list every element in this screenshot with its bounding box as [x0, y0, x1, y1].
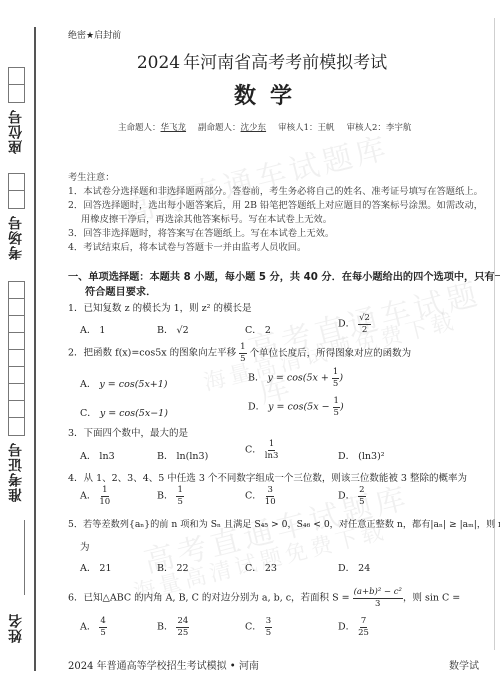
seat-number-label: 座位号: [6, 108, 28, 156]
question-4-stem: 4．从 1、2、3、4、5 中任选 3 个不同数字组成一个三位数，则该三位数能被…: [68, 470, 467, 484]
notice-heading: 考生注意：: [68, 169, 115, 183]
deputy-author-name: 沈少东: [241, 123, 267, 133]
question-6-stem: 6．已知△ABC 的内角 A, B, C 的对边分别为 a, b, c，若面积 …: [68, 588, 460, 608]
question-1-option-d[interactable]: D．√22: [338, 314, 371, 334]
title-year: 2024: [137, 53, 180, 73]
notice-item-1: 1．本试卷分选择题和非选择题两部分。答卷前，考生务必将自己的姓名、准考证号填写在…: [68, 183, 483, 197]
binding-line: [34, 27, 36, 671]
question-3-option-d[interactable]: D． (ln3)²: [338, 448, 385, 462]
reviewer-2: 审核人2：李宇航: [346, 123, 411, 133]
question-5-stem: 5．若等差数列{aₙ}的前 n 项和为 Sₙ 且满足 S₄₅ > 0，S₄₆ <…: [68, 516, 500, 530]
question-2-stem: 2．把函数 f(x)=cos5x 的图象向左平移15个单位长度后，所得图象对应的…: [68, 343, 411, 363]
title-text: 年河南省高考考前模拟考试: [183, 53, 387, 73]
footer-page-label: 数学试: [449, 657, 479, 672]
page-edge-line: [494, 18, 495, 650]
admission-number-label: 准考证号: [6, 440, 28, 504]
name-write-line[interactable]: [24, 520, 25, 595]
question-3-stem: 3．下面四个数中，最大的是: [68, 425, 188, 439]
question-2-option-d[interactable]: D． y = cos(5x −15): [248, 397, 344, 417]
question-1-option-b[interactable]: B． √2: [157, 322, 189, 336]
notice-item-2: 2．回答选择题时，选出每小题答案后，用 2B 铅笔把答题纸上对应题目的答案标号涂…: [68, 197, 483, 211]
question-5-option-c[interactable]: C． 23: [245, 560, 277, 574]
reviewer-1: 审核人1：王帆: [278, 123, 334, 133]
question-1-stem: 1．已知复数 z 的模长为 1，则 z² 的模长是: [68, 300, 252, 314]
authors-line: 主命题人：华飞龙副命题人：沈少东审核人1：王帆审核人2：李宇航: [118, 121, 411, 133]
exam-room-boxes[interactable]: [8, 173, 25, 209]
question-5-option-d[interactable]: D． 24: [338, 560, 370, 574]
question-6-option-a[interactable]: A．45: [80, 617, 107, 637]
question-4-option-a[interactable]: A．110: [80, 486, 110, 506]
question-1-option-a[interactable]: A． 1: [80, 322, 105, 336]
question-3-option-b[interactable]: B． ln(ln3): [157, 448, 208, 462]
chief-author-label: 主命题人：: [118, 123, 161, 133]
question-5-option-b[interactable]: B． 22: [157, 560, 189, 574]
question-2-option-b[interactable]: B． y = cos(5x +15): [248, 368, 343, 388]
notice-item-4: 4．考试结束后，将本试卷与答题卡一并由监考人员收回。: [68, 239, 306, 253]
question-6-option-b[interactable]: B．2425: [157, 617, 189, 637]
question-6-option-c[interactable]: C．35: [245, 617, 272, 637]
notice-item-3: 3．回答非选择题时，将答案写在答题纸上。写在本试卷上无效。: [68, 225, 334, 239]
exam-room-label: 考场号: [6, 214, 28, 262]
subject-heading: 数学: [0, 79, 500, 110]
question-2-option-a[interactable]: A． y = cos(5x+1): [80, 376, 168, 390]
notice-item-2-cont: 用橡皮擦干净后，再选涂其他答案标号。写在本试卷上无效。: [81, 211, 332, 225]
watermark: 高考直通车试题库: [243, 266, 500, 412]
question-5-option-a[interactable]: A． 21: [80, 560, 112, 574]
confidential-mark: 绝密★启封前: [68, 28, 121, 41]
question-4-option-c[interactable]: C．310: [245, 486, 276, 506]
question-4-option-b[interactable]: B．15: [157, 486, 184, 506]
admission-number-boxes[interactable]: [8, 281, 25, 436]
exam-title: 2024年河南省高考考前模拟考试: [0, 48, 500, 73]
question-5-stem-cont: 为: [80, 539, 90, 553]
question-2-option-c[interactable]: C． y = cos(5x−1): [80, 405, 168, 419]
footer-exam-name: 2024 年普通高等学校招生考试模拟 • 河南: [68, 657, 259, 672]
section-heading-cont: 符合题目要求．: [85, 283, 156, 298]
question-1-option-c[interactable]: C． 2: [245, 322, 271, 336]
question-3-option-c[interactable]: C．1ln3: [245, 440, 278, 460]
question-4-option-d[interactable]: D．25: [338, 486, 366, 506]
chief-author-name: 华飞龙: [161, 123, 187, 133]
name-label: 姓名: [6, 610, 28, 646]
question-3-option-a[interactable]: A． ln3: [80, 448, 115, 462]
deputy-author-label: 副命题人：: [198, 123, 241, 133]
question-6-option-d[interactable]: D．725: [338, 617, 369, 637]
section-heading: 一、单项选择题：本题共 8 小题，每小题 5 分，共 40 分．在每小题给出的四…: [68, 268, 500, 283]
